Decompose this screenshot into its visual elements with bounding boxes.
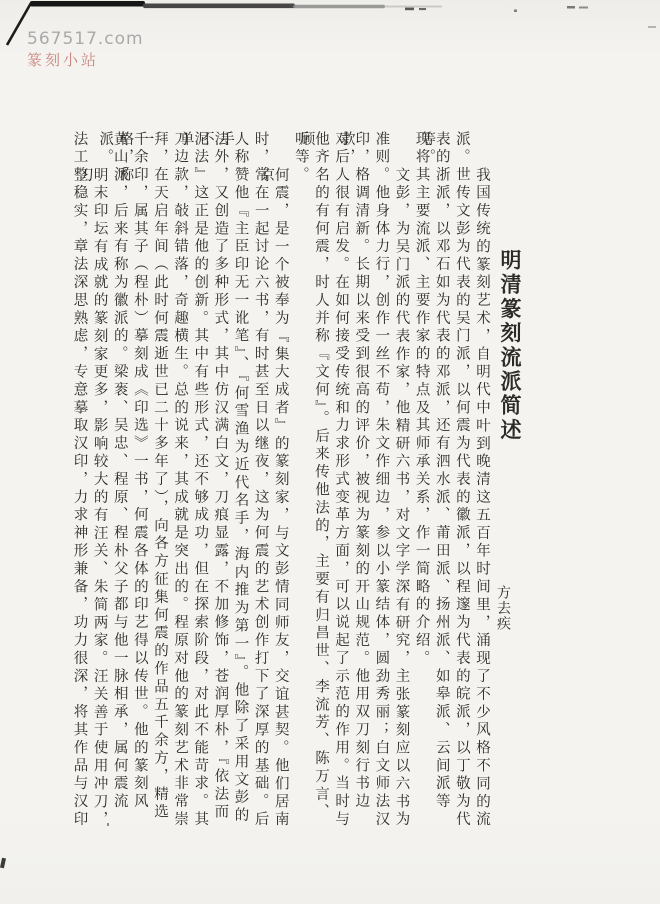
text-column: 千余印，属其子（程朴）摹刻成《印选》一书，何震各体的印艺得以传世。他的篆刻风格，… [132,131,147,831]
text-column: 他齐名的有何震，时人并称『文何』。后来传他法的，主要有归昌世、李流芳、陈万言、顾 [314,131,329,831]
scan-artifact-dot [514,10,517,13]
scan-artifact-bar [30,1,145,7]
body-text-columns: 我国传统的篆刻艺术，自明代中叶到晚清这五百年时间里，涌现了不少风格不同的流派。世… [72,131,489,836]
text-column: 表的浙派，以邓石如为代表的邓派，还有泗水派、莆田派、扬州派、如皋派、云间派等等。 [434,131,449,831]
text-column: 刀边款，敧斜错落，奇趣横生。总的说来，其成就是突出的。程原对他的篆刻艺术非常崇 [173,131,188,831]
text-column: 何震，是一个被奉为『集大成者』的篆刻家，与文彭情同师友，交谊甚契。他们居南京 [273,131,288,831]
scan-artifact-dash [405,8,414,11]
text-column: 明末印坛有成就的篆刻家更多，影响较大的有汪关、朱简两家。汪关善于使用冲刀，刀 [92,131,107,831]
watermark-name-text: 篆刻小站 [27,52,144,69]
scan-artifact-dash [567,6,575,9]
text-column: 泥法』这正是他的创新。其中有些形式，还不够成功，但在探索阶段，对此不能苛求。其单 [193,131,208,831]
text-column: 黄山派，后来有称为徽派的。梁袠、吴忠、程原、程朴父子都与他一脉相承，属何震流派。 [112,131,127,831]
scan-artifact-speck [0,858,6,869]
scan-artifact-dash [419,8,426,10]
scan-artifact-bar [384,6,442,8]
text-column: 听等。 [293,131,308,831]
scan-artifact-dash [579,7,588,9]
text-column: 法工整稳实，章法深思熟虑，专意摹取汉印，力求神形兼备，功力很深，将其作品与汉印 [72,131,87,831]
watermark-site-text: 567517.com [27,30,144,50]
scan-artifact-bar [293,5,385,8]
page-title: 明清篆刻流派简述 [500,249,521,459]
author-name: 方去疾 [496,585,510,645]
scanned-page: 567517.com 篆刻小站 明清篆刻流派简述 方去疾 我国传统的篆刻艺术，自… [0,0,660,904]
text-column: 时，常在一起讨论六书，有时甚至日以继夜，这为何震的艺术创作打下了深厚的基础。后 [253,131,268,831]
text-column: 派。世传文彭为代表的吴门派，以何震为代表的徽派，以程邃为代表的皖派，以丁敬为代 [454,131,469,831]
text-column: 准则。他身体力行，创作一丝不苟，朱文作细边，参以小篆结体，圆劲秀丽；白文师法汉 [374,131,389,831]
text-column: 拜，在天启年间（此时何震逝世已二十多年了），向各方征集何震的作品五千余方，精选一 [153,131,168,831]
text-column: 文彭，为吴门派的代表作家，他精研六书，对文字学深有研究，主张篆刻应以六书为 [394,131,409,831]
text-column: 我国传统的篆刻艺术，自明代中叶到晚清这五百年时间里，涌现了不少风格不同的流 [475,131,490,831]
text-column: 法外，又创造了多种形式，其中仿汉满白文，刀痕显露，不加修饰，苍润厚朴，『依法而不 [213,131,228,831]
text-column: 对后人很有启发。在如何接受传统和力求形式变革方面，可以说起了示范的作用。当时与 [334,131,349,831]
scan-artifact-bar [143,4,295,9]
watermark: 567517.com 篆刻小站 [27,30,144,69]
text-column: 印，格调清新。长期以来受到很高的评价，被视为篆刻的开山规范。他用双刀刻行书边款， [354,131,369,831]
text-column: 现将其主要流派、主要作家的特点及其师承关系，作一简略的介绍。 [414,131,429,831]
scan-artifact-dash [648,26,656,28]
text-column: 人称赞他『主臣印无一讹笔』、『何雪渔为近代名手，海内推为第一』。他除了采用文彭的… [233,131,248,831]
